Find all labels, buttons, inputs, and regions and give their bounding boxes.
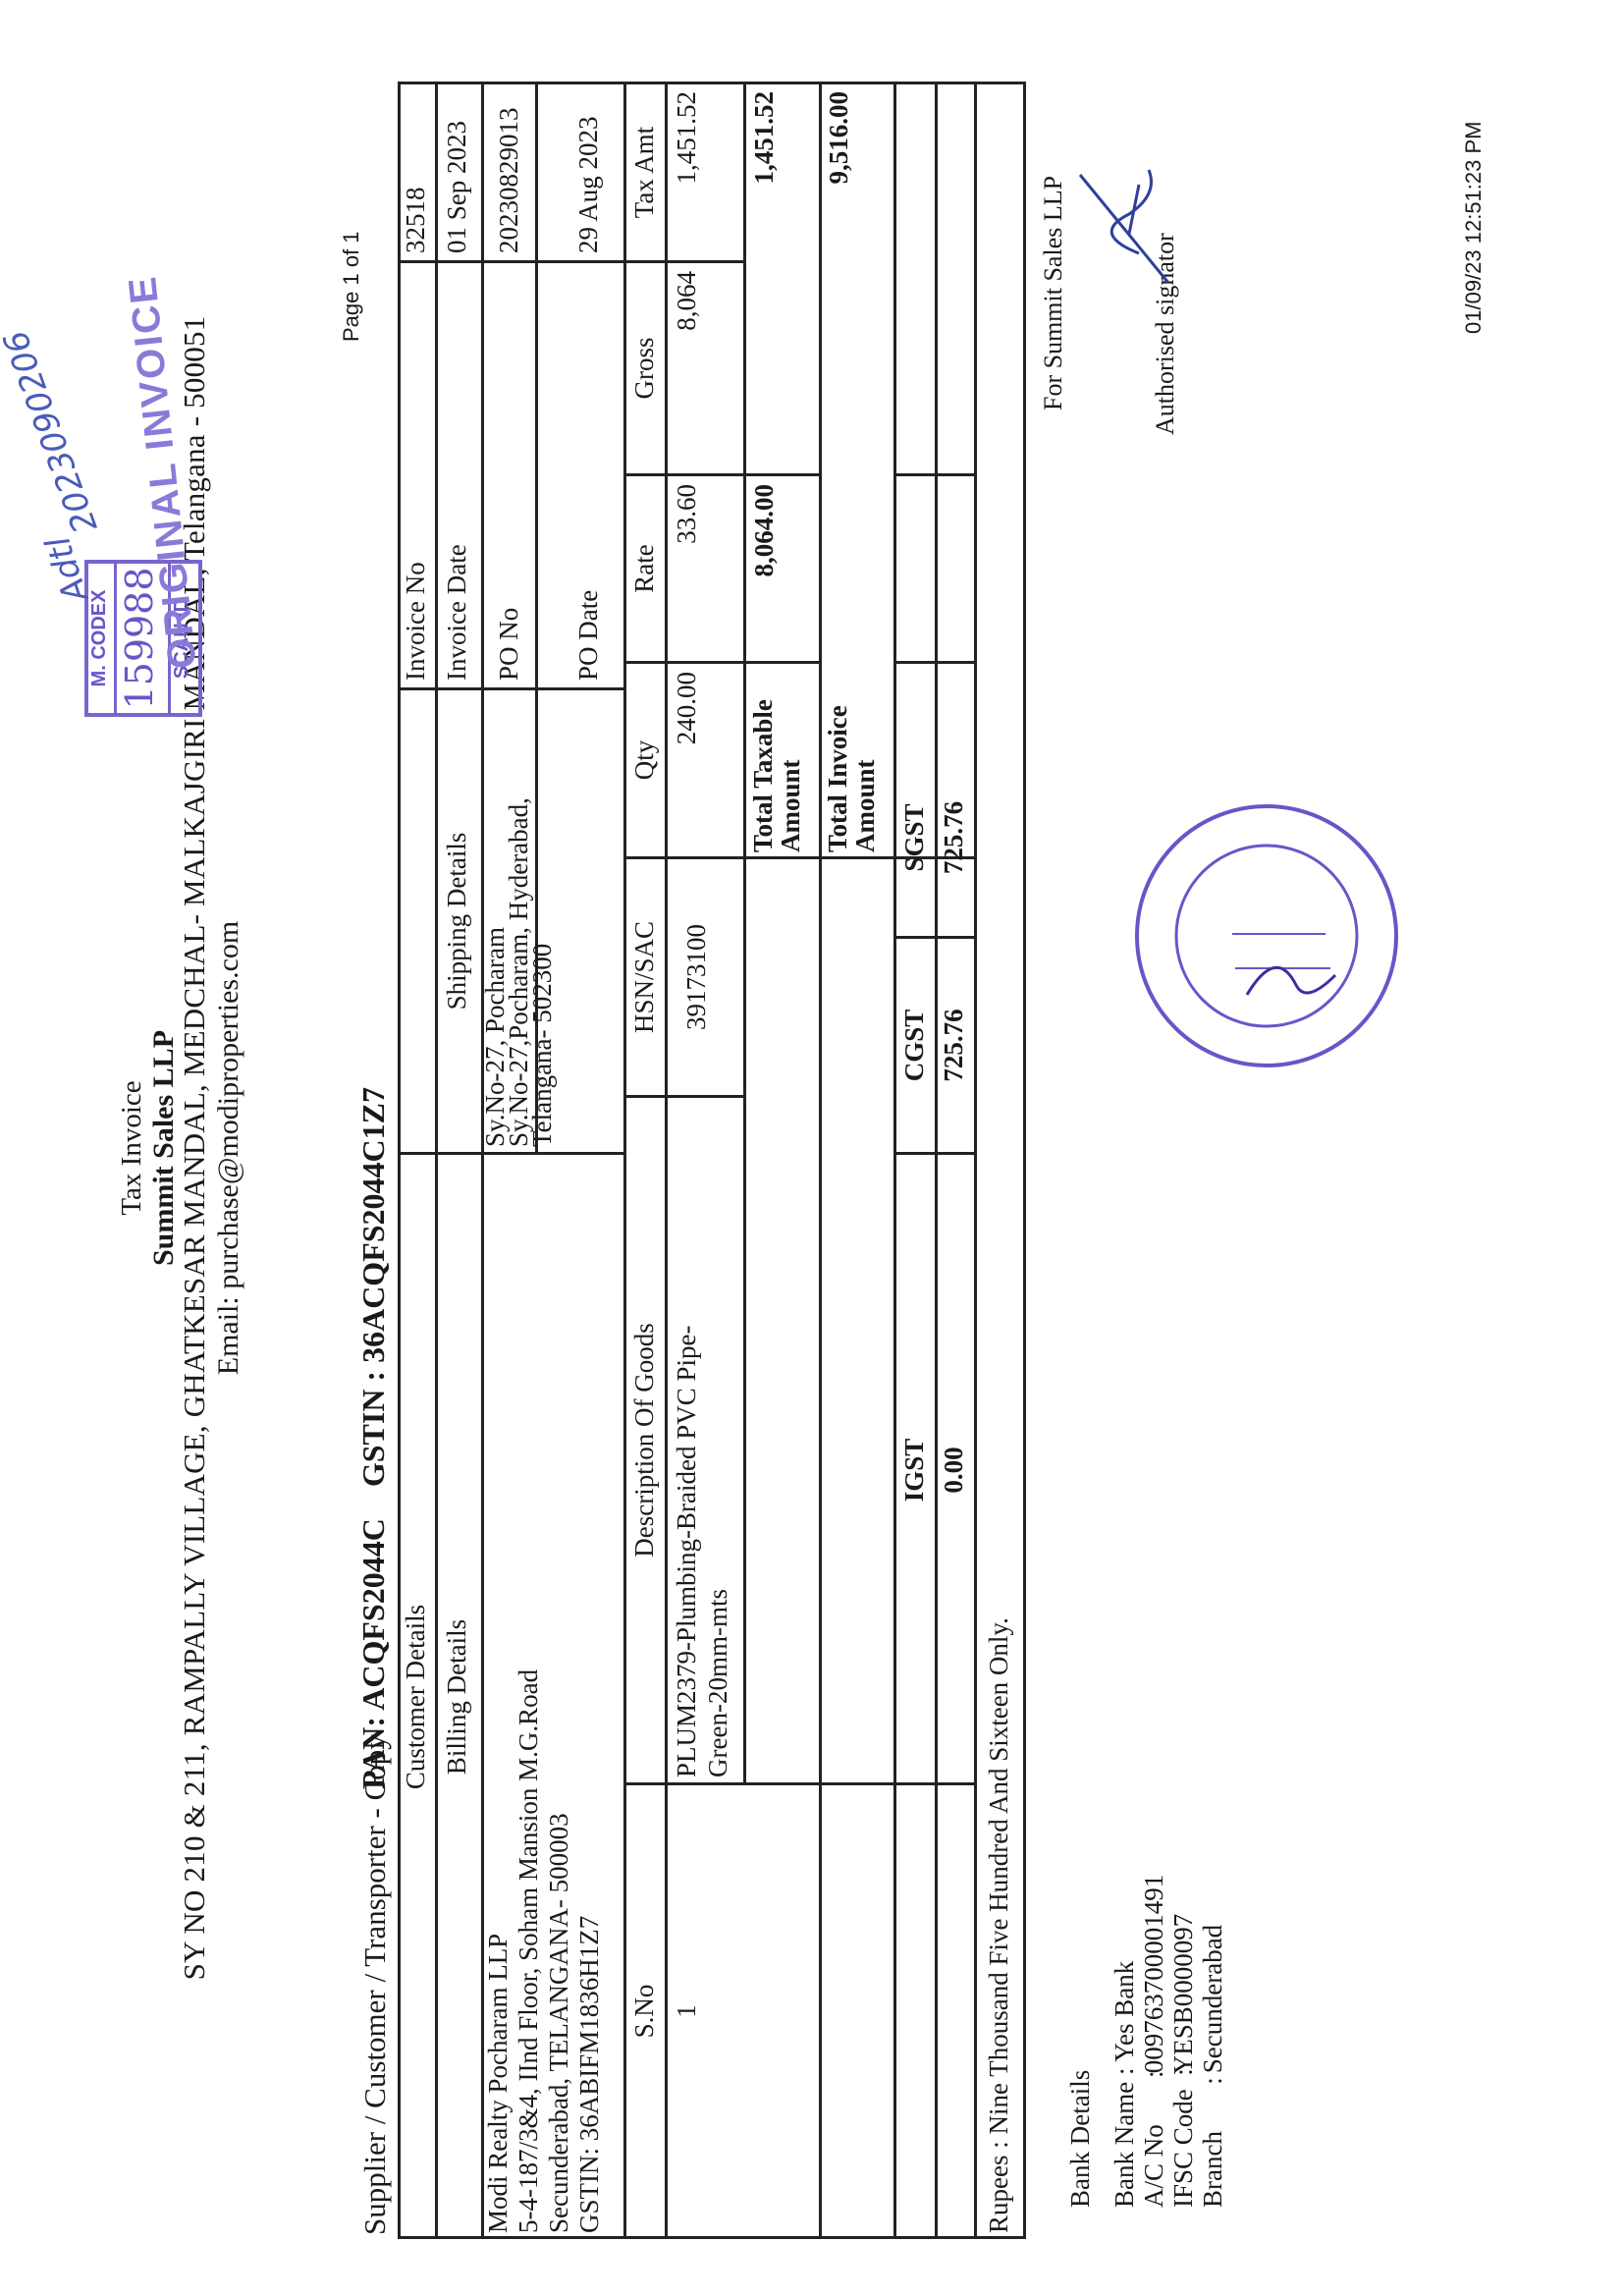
divider: [665, 82, 668, 2239]
ifsc-value: YESB0000097: [1168, 1914, 1198, 2075]
amount-in-words: Rupees : Nine Thousand Five Hundred And …: [984, 1617, 1014, 2233]
divider: [743, 473, 819, 476]
divider: [819, 82, 822, 2239]
invoice-no-label: Invoice No: [401, 562, 431, 681]
divider: [623, 82, 626, 2239]
company-email: Email: purchase@modiproperties.com: [212, 0, 245, 2296]
col-tax-amt: Tax Amt: [629, 84, 660, 260]
item-description-line1: PLUM2379-Plumbing-Braided PVC Pipe-: [672, 1325, 702, 1777]
item-description-line2: Green-20mm-mts: [703, 1589, 733, 1777]
ifsc-row: IFSC Code : YESB0000097: [1168, 1914, 1199, 2208]
col-hsn: HSN/SAC: [629, 859, 660, 1095]
account-no-row: A/C No : 009763700001491: [1139, 1875, 1169, 2208]
shipping-line-3: Telangana- 502300: [530, 944, 554, 1147]
sgst-label: SGST: [899, 739, 930, 936]
divider: [398, 2236, 1026, 2239]
po-no-value: 20230829013: [494, 108, 524, 254]
billing-line-1: Modi Realty Pocharam LLP: [483, 1934, 514, 2233]
invoice-date-label: Invoice Date: [442, 544, 472, 681]
billing-line-3: Secunderabad, TELANGANA- 500003: [544, 1813, 574, 2233]
invoice-date-value: 01 Sep 2023: [442, 121, 472, 253]
copy-label: Supplier / Customer / Transporter - Copy: [357, 1734, 393, 2235]
divider: [893, 82, 896, 2239]
pan-gstin: PAN: ACQFS2044C GSTIN : 36ACQFS2044C1Z7: [355, 1087, 392, 1789]
handwritten-note-1: Adtl: [38, 531, 96, 607]
invoice-no-value: 32518: [401, 188, 431, 254]
item-qty: 240.00: [672, 672, 702, 856]
shipping-details-heading: Shipping Details: [442, 690, 472, 1152]
divider: [1023, 82, 1026, 2239]
item-sno: 1: [672, 1785, 702, 2237]
po-date-label: PO Date: [573, 590, 604, 681]
divider: [435, 82, 438, 2239]
item-rate: 33.60: [672, 484, 702, 661]
branch-row: Branch : Secunderabad: [1198, 1925, 1228, 2208]
divider: [743, 82, 746, 1785]
igst-value: 0.00: [939, 1155, 969, 1785]
ifsc-label: IFSC Code :: [1168, 2080, 1199, 2208]
col-rate: Rate: [629, 476, 660, 661]
col-sno: S.No: [629, 1785, 660, 2237]
col-description: Description Of Goods: [629, 1098, 660, 1782]
divider: [893, 473, 974, 476]
total-taxable-tax: 1,451.52: [749, 91, 780, 260]
col-gross: Gross: [629, 263, 660, 473]
item-gross: 8,064: [672, 271, 702, 473]
item-hsn: 39173100: [681, 859, 712, 1095]
total-taxable-label: Total Taxable Amount: [749, 699, 804, 852]
tax-invoice-document: Tax Invoice Summit Sales LLP SY NO 210 &…: [0, 0, 1623, 2296]
cgst-label: CGST: [899, 939, 930, 1152]
col-qty: Qty: [629, 664, 660, 856]
total-taxable-label-line2: Amount: [777, 699, 804, 852]
branch-label: Branch :: [1198, 2080, 1228, 2208]
divider: [398, 687, 623, 690]
po-date-value: 29 Aug 2023: [573, 116, 604, 253]
customer-details-heading: Customer Details: [401, 1157, 431, 2237]
page-number: Page 1 of 1: [339, 231, 364, 342]
sgst-value: 725.76: [939, 739, 969, 936]
total-taxable-label-line1: Total Taxable: [749, 699, 777, 852]
divider: [398, 260, 623, 263]
igst-label: IGST: [899, 1155, 930, 1785]
company-seal: [1129, 798, 1404, 1073]
account-no-label: A/C No :: [1139, 2080, 1169, 2208]
total-taxable-gross: 8,064.00: [749, 484, 780, 661]
signature-scribble: [1060, 155, 1198, 293]
company-address: SY NO 210 & 211, RAMPALLY VILLAGE, GHATK…: [177, 0, 212, 2296]
divider: [974, 82, 977, 2239]
bank-details-title: Bank Details: [1065, 2070, 1096, 2208]
total-invoice-amount: 9,516.00: [824, 91, 854, 260]
po-no-label: PO No: [494, 608, 524, 681]
bank-name-value: Yes Bank: [1109, 1961, 1139, 2062]
bank-name-label: Bank Name :: [1109, 2068, 1139, 2208]
divider: [935, 82, 938, 2239]
divider: [893, 661, 974, 664]
divider: [398, 1152, 623, 1155]
account-no-value: 009763700001491: [1139, 1875, 1168, 2074]
billing-line-4: GSTIN: 36ABIFM1836H1Z7: [574, 1916, 605, 2233]
branch-value: Secunderabad: [1198, 1925, 1227, 2073]
print-timestamp: 01/09/23 12:51:23 PM: [1461, 122, 1487, 335]
cgst-value: 725.76: [939, 939, 969, 1152]
total-invoice-label-line1: Total Invoice: [824, 705, 851, 852]
total-invoice-label: Total Invoice Amount: [824, 705, 879, 852]
bank-name-row: Bank Name : Yes Bank: [1109, 1961, 1140, 2208]
billing-line-2: 5-4-187/3&4, IInd Floor, Soham Mansion M…: [514, 1669, 544, 2233]
divider: [481, 82, 484, 2239]
handwritten-note-2: 2023090206: [0, 325, 106, 538]
billing-details-heading: Billing Details: [442, 1157, 472, 2237]
divider: [398, 82, 1026, 84]
total-invoice-label-line2: Amount: [851, 705, 879, 852]
item-tax-amt: 1,451.52: [672, 91, 702, 260]
